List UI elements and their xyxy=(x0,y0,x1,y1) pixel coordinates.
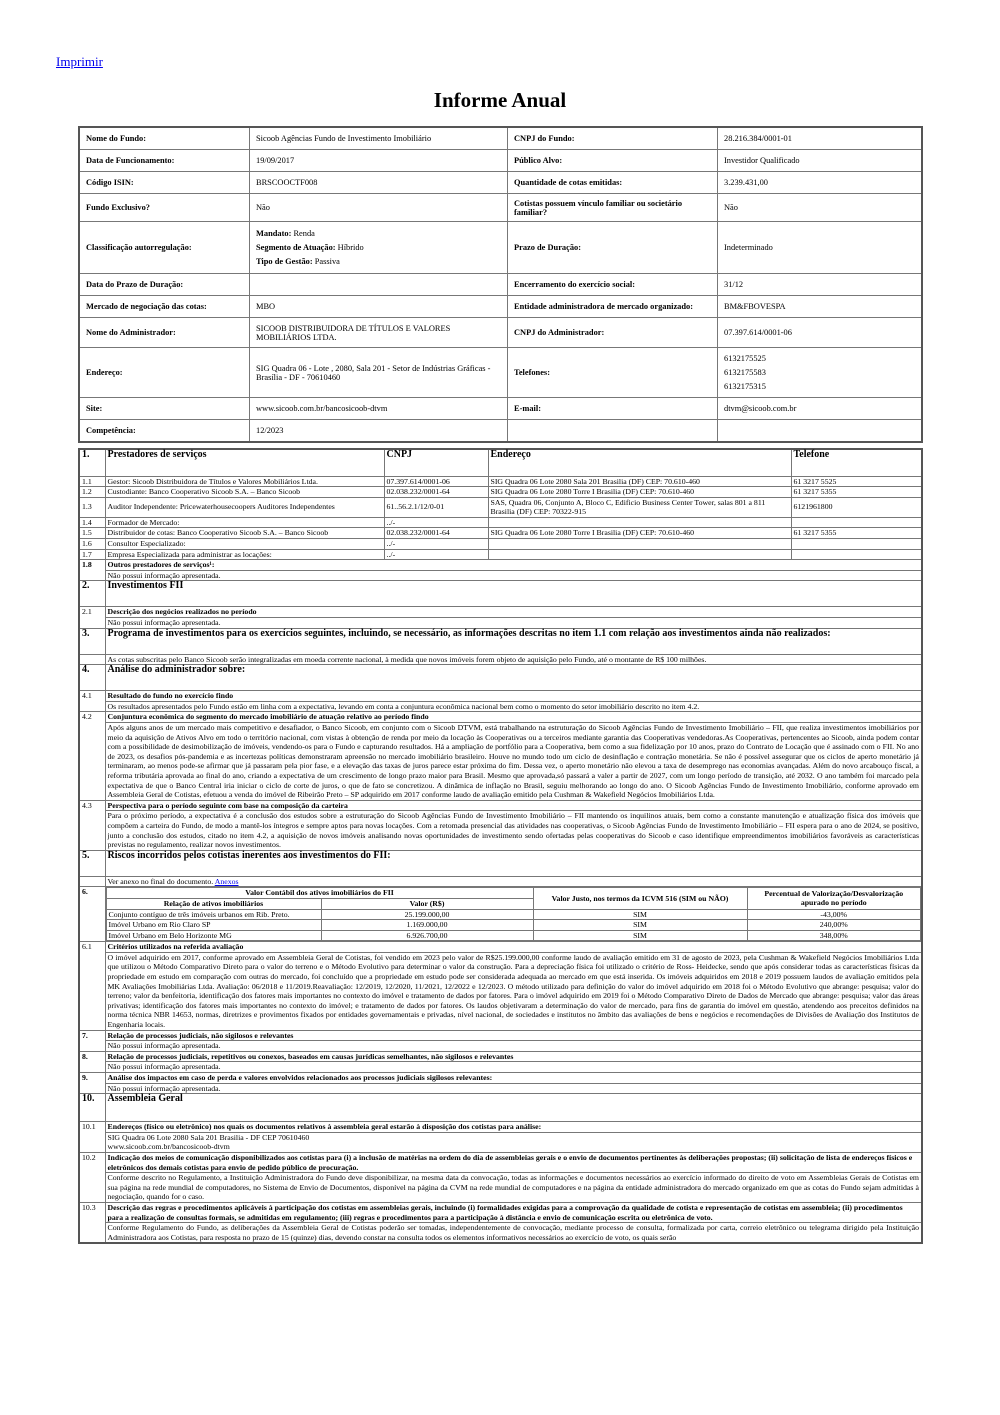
subsection-title: Perspectiva para o período seguinte com … xyxy=(105,800,922,811)
segmento-value: Híbrido xyxy=(338,243,364,252)
row-number: 4.3 xyxy=(79,800,105,850)
provider-cnpj: ../- xyxy=(384,517,488,528)
row-number: 1.3 xyxy=(79,497,105,517)
asset-name: Conjunto contíguo de três imóveis urbano… xyxy=(106,909,321,920)
section-title: Relação de processos judiciais, não sigi… xyxy=(105,1030,922,1041)
asset-value: 6.926.700,00 xyxy=(321,930,533,941)
info-value: dtvm@sicoob.com.br xyxy=(718,398,923,420)
row-number: 4.1 xyxy=(79,691,105,712)
provider-name: Formador de Mercado: xyxy=(105,517,384,528)
provider-row: 1.6 Consultor Especializado: ../- xyxy=(79,539,922,550)
info-row: Data de Funcionamento: 19/09/2017 Públic… xyxy=(79,150,922,172)
subsection-title: Indicação dos meios de comunicação dispo… xyxy=(105,1152,922,1172)
info-value: 07.397.614/0001-06 xyxy=(718,318,923,348)
info-label: Telefones: xyxy=(508,348,718,398)
subsection-text: Não possui informação apresentada. xyxy=(105,570,922,581)
row-number: 10.3 xyxy=(79,1202,105,1243)
info-label: Fundo Exclusivo? xyxy=(79,194,250,222)
info-value: 12/2023 xyxy=(250,420,508,443)
provider-phone: 6121961800 xyxy=(791,497,922,517)
website-line: www.sicoob.com.br/bancosicoob-dtvm xyxy=(108,1142,920,1152)
subsection-title: Endereços (físico ou eletrônico) nos qua… xyxy=(105,1122,922,1133)
info-label: CNPJ do Administrador: xyxy=(508,318,718,348)
info-row: Nome do Administrador: SICOOB DISTRIBUID… xyxy=(79,318,922,348)
info-label: Mercado de negociação das cotas: xyxy=(79,296,250,318)
provider-phone: 61 3217 5355 xyxy=(791,487,922,498)
subsection-title: Conjuntura econômica do segmento do merc… xyxy=(105,712,922,723)
column-header: Telefone xyxy=(791,449,922,476)
section-text: Ver anexo no final do documento. Anexos xyxy=(105,876,922,887)
section-number: 4. xyxy=(79,665,105,691)
info-row: Código ISIN: BRSCOOCTF008 Quantidade de … xyxy=(79,172,922,194)
provider-address xyxy=(488,549,791,560)
info-label: Público Alvo: xyxy=(508,150,718,172)
valuation-percent: 240,00% xyxy=(747,920,921,931)
info-value: BM&FBOVESPA xyxy=(718,296,923,318)
info-value: Não xyxy=(250,194,508,222)
row-number: 1.6 xyxy=(79,539,105,550)
provider-address: SIG Quadra 06 Lote 2080 Sala 201 Brasili… xyxy=(488,476,791,487)
asset-row: Conjunto contíguo de três imóveis urbano… xyxy=(106,909,921,920)
provider-address: SIG Quadra 06 Lote 2080 Torre I Brasilia… xyxy=(488,487,791,498)
section-title: Investimentos FII xyxy=(105,581,922,607)
info-label: Site: xyxy=(79,398,250,420)
row-number: 1.5 xyxy=(79,528,105,539)
provider-name: Distribuidor de cotas: Banco Cooperativo… xyxy=(105,528,384,539)
asset-name: Imóvel Urbano em Rio Claro SP xyxy=(106,920,321,931)
info-value: 3.239.431,00 xyxy=(718,172,923,194)
provider-address: SIG Quadra 06 Lote 2080 Torre I Brasilia… xyxy=(488,528,791,539)
info-label: Competência: xyxy=(79,420,250,443)
gestao-label: Tipo de Gestão: xyxy=(256,257,313,266)
provider-cnpj: 61..56.2.1/12/0-01 xyxy=(384,497,488,517)
section-text: As cotas subscritas pelo Banco Sicoob se… xyxy=(105,654,922,665)
provider-row: 1.3 Auditor Independente: Pricewaterhous… xyxy=(79,497,922,517)
info-row: Endereço: SIG Quadra 06 - Lote , 2080, S… xyxy=(79,348,922,398)
fund-info-table: Nome do Fundo: Sicoob Agências Fundo de … xyxy=(78,126,923,443)
subsection-title: Outros prestadores de serviços¹: xyxy=(105,560,922,571)
section-text: Não possui informação apresentada. xyxy=(105,1083,922,1094)
page-title: Informe Anual xyxy=(0,88,1000,113)
info-row: Fundo Exclusivo? Não Cotistas possuem ví… xyxy=(79,194,922,222)
provider-name: Empresa Especializada para administrar a… xyxy=(105,549,384,560)
address-line: SIG Quadra 06 Lote 2080 Sala 201 Brasili… xyxy=(108,1133,920,1143)
subsection-text: Para o próximo período, a expectativa é … xyxy=(105,811,922,850)
provider-address xyxy=(488,539,791,550)
valuation-table-cell: Valor Contábil dos ativos imobiliários d… xyxy=(105,887,922,942)
info-value xyxy=(250,274,508,296)
fair-value-flag: SIM xyxy=(533,930,747,941)
info-value: www.sicoob.com.br/bancosicoob-dtvm xyxy=(250,398,508,420)
section-1-8: 1.8 Outros prestadores de serviços¹: xyxy=(79,560,922,571)
info-value: SICOOB DISTRIBUIDORA DE TÍTULOS E VALORE… xyxy=(250,318,508,348)
valuation-table: Valor Contábil dos ativos imobiliários d… xyxy=(106,887,922,941)
row-number: 4.2 xyxy=(79,712,105,800)
classificacao-value: Mandato: Renda Segmento de Atuação: Híbr… xyxy=(250,222,508,274)
section-title: Riscos incorridos pelos cotistas inerent… xyxy=(105,850,922,876)
column-header: Valor (R$) xyxy=(321,898,533,909)
phone: 6132175583 xyxy=(724,366,915,380)
annex-link[interactable]: Anexos xyxy=(215,877,239,886)
column-header: Relação de ativos imobiliários xyxy=(106,898,321,909)
info-label: Prazo de Duração: xyxy=(508,222,718,274)
row-number: 2.1 xyxy=(79,607,105,628)
info-row: Data do Prazo de Duração: Encerramento d… xyxy=(79,274,922,296)
provider-row: 1.4 Formador de Mercado: ../- xyxy=(79,517,922,528)
info-value: MBO xyxy=(250,296,508,318)
section-number: 1. xyxy=(79,449,105,476)
subsection-text: Após alguns anos de um mercado mais comp… xyxy=(105,723,922,801)
valuation-percent: 348,00% xyxy=(747,930,921,941)
info-row: Site: www.sicoob.com.br/bancosicoob-dtvm… xyxy=(79,398,922,420)
provider-row: 1.2 Custodiante: Banco Cooperativo Sicoo… xyxy=(79,487,922,498)
info-label: Entidade administradora de mercado organ… xyxy=(508,296,718,318)
asset-name: Imóvel Urbano em Belo Horizonte MG xyxy=(106,930,321,941)
info-label: CNPJ do Fundo: xyxy=(508,127,718,150)
info-value: 31/12 xyxy=(718,274,923,296)
provider-row: 1.7 Empresa Especializada para administr… xyxy=(79,549,922,560)
subsection-text: Conforme descrito no Regulamento, a Inst… xyxy=(105,1173,922,1203)
row-number: 1.7 xyxy=(79,549,105,560)
row-number: 1.8 xyxy=(79,560,105,581)
provider-address: SAS, Quadra 06, Conjunto A, Bloco C, Edi… xyxy=(488,497,791,517)
section-number: 9. xyxy=(79,1073,105,1094)
info-label: Data do Prazo de Duração: xyxy=(79,274,250,296)
column-header: Endereço xyxy=(488,449,791,476)
section-title: Programa de investimentos para os exercí… xyxy=(105,628,922,654)
gestao-value: Passiva xyxy=(315,257,340,266)
section-title: Assembleia Geral xyxy=(105,1094,922,1122)
annex-text: Ver anexo no final do documento. xyxy=(108,877,214,886)
info-value: 28.216.384/0001-01 xyxy=(718,127,923,150)
provider-name: Custodiante: Banco Cooperativo Sicoob S.… xyxy=(105,487,384,498)
info-label: E-mail: xyxy=(508,398,718,420)
row-number: 1.2 xyxy=(79,487,105,498)
section-title: Análise do administrador sobre: xyxy=(105,665,922,691)
provider-phone xyxy=(791,549,922,560)
info-label: Código ISIN: xyxy=(79,172,250,194)
sections-table: 1. Prestadores de serviços CNPJ Endereço… xyxy=(78,448,923,1244)
info-value: Sicoob Agências Fundo de Investimento Im… xyxy=(250,127,508,150)
info-label: Cotistas possuem vínculo familiar ou soc… xyxy=(508,194,718,222)
info-label: Data de Funcionamento: xyxy=(79,150,250,172)
section-number: 3. xyxy=(79,628,105,654)
provider-address xyxy=(488,517,791,528)
section-number: 8. xyxy=(79,1051,105,1072)
info-label xyxy=(508,420,718,443)
subsection-text: O imóvel adquirido em 2017, conforme apr… xyxy=(105,952,922,1030)
section-number: 7. xyxy=(79,1030,105,1051)
section-number: 2. xyxy=(79,581,105,607)
provider-phone: 61 3217 5525 xyxy=(791,476,922,487)
section-1-header: 1. Prestadores de serviços CNPJ Endereço… xyxy=(79,449,922,476)
section-text: Não possui informação apresentada. xyxy=(105,1041,922,1052)
subsection-text: Os resultados apresentados pelo Fundo es… xyxy=(105,701,922,712)
info-label: Nome do Fundo: xyxy=(79,127,250,150)
info-value: SIG Quadra 06 - Lote , 2080, Sala 201 - … xyxy=(250,348,508,398)
section-number: 6. xyxy=(79,887,105,942)
subsection-text: Conforme Regulamento do Fundo, as delibe… xyxy=(105,1223,922,1244)
provider-phone xyxy=(791,517,922,528)
info-label: Endereço: xyxy=(79,348,250,398)
row-number: 10.2 xyxy=(79,1152,105,1202)
row-number: 6.1 xyxy=(79,942,105,1030)
print-link[interactable]: Imprimir xyxy=(56,54,103,70)
segmento-label: Segmento de Atuação: xyxy=(256,243,336,252)
provider-name: Consultor Especializado: xyxy=(105,539,384,550)
info-row: Classificação autorregulação: Mandato: R… xyxy=(79,222,922,274)
subsection-title: Critérios utilizados na referida avaliaç… xyxy=(105,942,922,953)
phone: 6132175315 xyxy=(724,380,915,394)
info-label: Encerramento do exercício social: xyxy=(508,274,718,296)
info-value: BRSCOOCTF008 xyxy=(250,172,508,194)
column-header: Valor Justo, nos termos da ICVM 516 (SIM… xyxy=(533,888,747,909)
info-row: Mercado de negociação das cotas: MBO Ent… xyxy=(79,296,922,318)
provider-phone xyxy=(791,539,922,550)
fair-value-flag: SIM xyxy=(533,920,747,931)
section-title: Relação de processos judiciais, repetiti… xyxy=(105,1051,922,1062)
row-number: 10.1 xyxy=(79,1122,105,1153)
column-header: Prestadores de serviços xyxy=(105,449,384,476)
subsection-title: Descrição dos negócios realizados no per… xyxy=(105,607,922,618)
info-row: Competência: 12/2023 xyxy=(79,420,922,443)
provider-phone: 61 3217 5355 xyxy=(791,528,922,539)
row-number: 1.4 xyxy=(79,517,105,528)
info-row: Nome do Fundo: Sicoob Agências Fundo de … xyxy=(79,127,922,150)
info-value: Indeterminado xyxy=(718,222,923,274)
section-number: 10. xyxy=(79,1094,105,1122)
subsection-title: Descrição das regras e procedimentos apl… xyxy=(105,1202,922,1222)
info-value: Não xyxy=(718,194,923,222)
provider-cnpj: ../- xyxy=(384,539,488,550)
provider-cnpj: ../- xyxy=(384,549,488,560)
subsection-title: Resultado do fundo no exercício findo xyxy=(105,691,922,702)
info-label: Classificação autorregulação: xyxy=(79,222,250,274)
valuation-percent: -43,00% xyxy=(747,909,921,920)
mandato-label: Mandato: xyxy=(256,229,291,238)
subsection-text: Não possui informação apresentada. xyxy=(105,618,922,629)
section-number: 5. xyxy=(79,850,105,876)
section-text: Não possui informação apresentada. xyxy=(105,1062,922,1073)
subsection-text: SIG Quadra 06 Lote 2080 Sala 201 Brasili… xyxy=(105,1132,922,1152)
group-header: Valor Contábil dos ativos imobiliários d… xyxy=(106,888,533,899)
fair-value-flag: SIM xyxy=(533,909,747,920)
provider-cnpj: 07.397.614/0001-06 xyxy=(384,476,488,487)
phone: 6132175525 xyxy=(724,352,915,366)
provider-cnpj: 02.038.232/0001-64 xyxy=(384,528,488,539)
info-value: 19/09/2017 xyxy=(250,150,508,172)
asset-row: Imóvel Urbano em Belo Horizonte MG 6.926… xyxy=(106,930,921,941)
info-value: Investidor Qualificado xyxy=(718,150,923,172)
provider-row: 1.1 Gestor: Sicoob Distribuidora de Títu… xyxy=(79,476,922,487)
provider-row: 1.5 Distribuidor de cotas: Banco Coopera… xyxy=(79,528,922,539)
column-header: Percentual de Valorização/Desvalorização… xyxy=(747,888,921,909)
mandato-value: Renda xyxy=(293,229,314,238)
section-title: Análise dos impactos em caso de perda e … xyxy=(105,1073,922,1084)
asset-row: Imóvel Urbano em Rio Claro SP 1.169.000,… xyxy=(106,920,921,931)
asset-value: 25.199.000,00 xyxy=(321,909,533,920)
asset-value: 1.169.000,00 xyxy=(321,920,533,931)
phones-list: 6132175525 6132175583 6132175315 xyxy=(718,348,923,398)
info-label: Quantidade de cotas emitidas: xyxy=(508,172,718,194)
provider-name: Gestor: Sicoob Distribuidora de Títulos … xyxy=(105,476,384,487)
provider-name: Auditor Independente: Pricewaterhousecoo… xyxy=(105,497,384,517)
info-value xyxy=(718,420,923,443)
info-label: Nome do Administrador: xyxy=(79,318,250,348)
provider-cnpj: 02.038.232/0001-64 xyxy=(384,487,488,498)
column-header: CNPJ xyxy=(384,449,488,476)
row-number: 1.1 xyxy=(79,476,105,487)
